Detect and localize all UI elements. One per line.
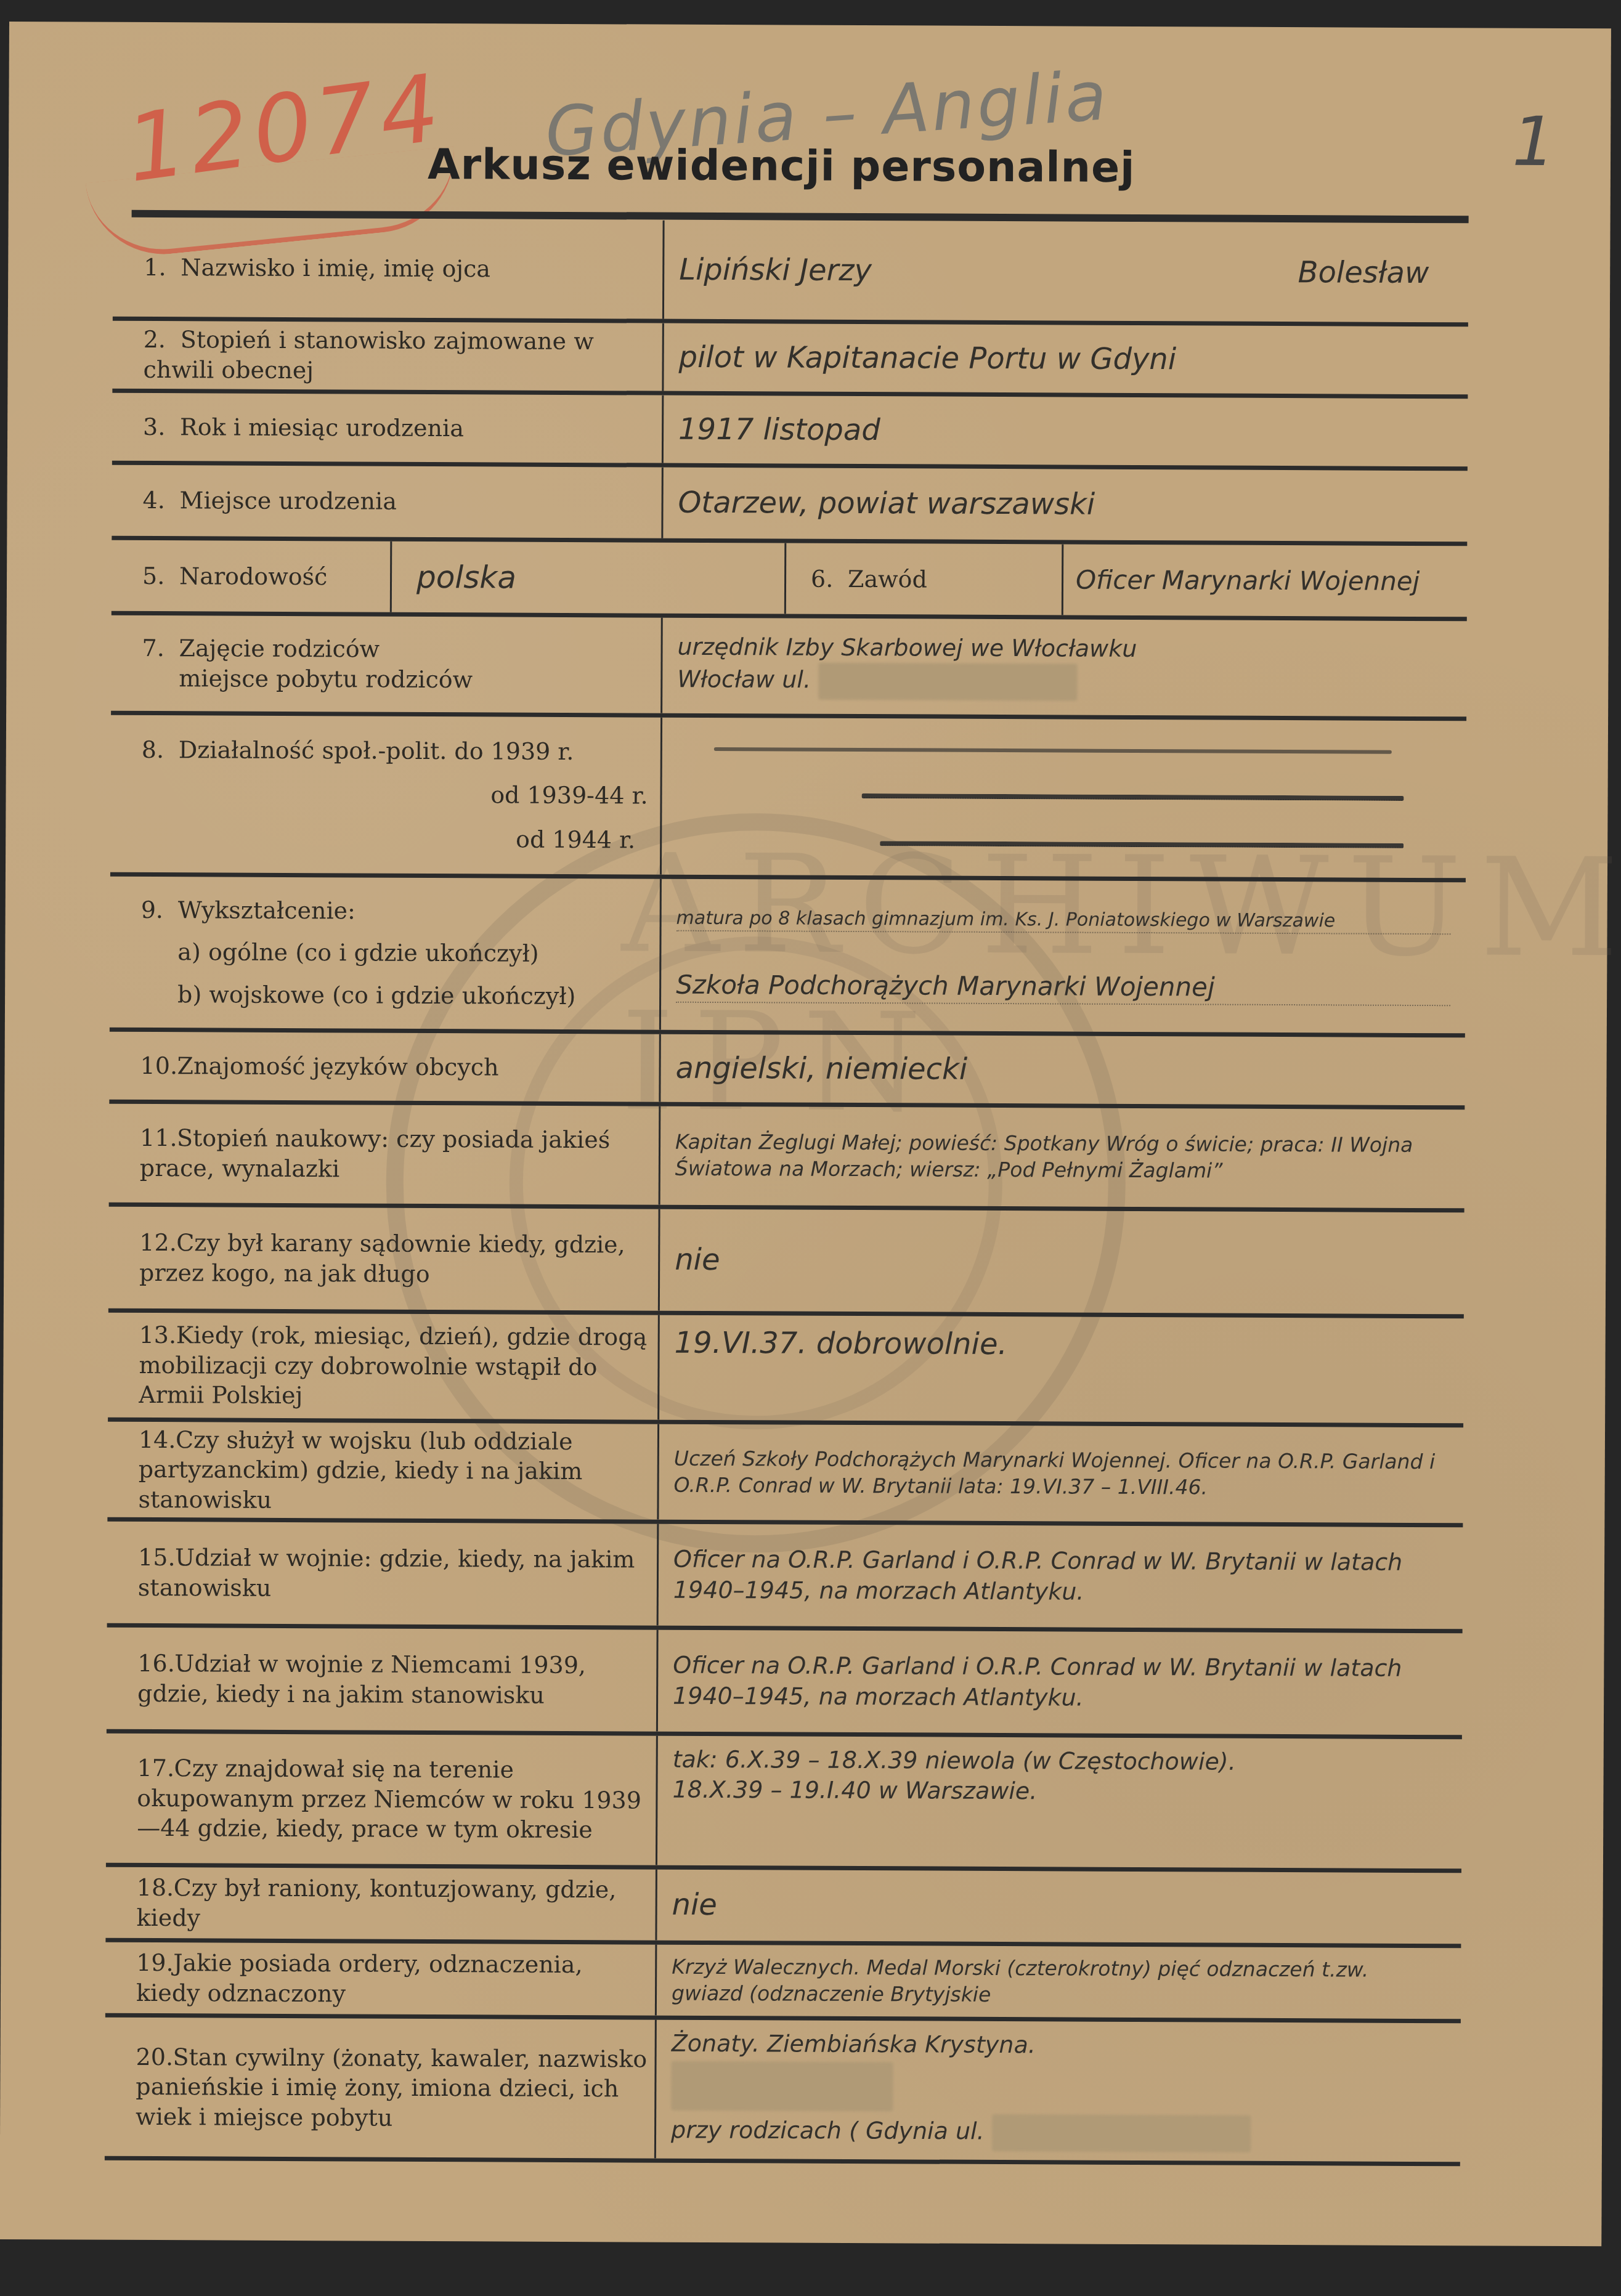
- form-row-18: 18.Czy był raniony, kontuzjowany, gdzie,…: [105, 1867, 1461, 1949]
- field-value: Oficer na O.R.P. Garland i O.R.P. Conrad…: [659, 1524, 1463, 1629]
- form-row-7: 7.Zajęcie rodziców miejsce pobytu rodzic…: [111, 615, 1467, 721]
- form-row-5-6: 5.Narodowość polska 6.Zawód Oficer Maryn…: [112, 540, 1468, 622]
- field-label: 3.Rok i miesiąc urodzenia: [112, 393, 664, 463]
- form-row-11: 11.Stopień naukowy: czy posiada jakieś p…: [109, 1104, 1465, 1213]
- field-value: matura po 8 klasach gimnazjum im. Ks. J.…: [661, 879, 1466, 1034]
- form-row-12: 12.Czy był karany sądownie kiedy, gdzie,…: [108, 1207, 1465, 1319]
- father-name: Bolesław: [1298, 253, 1429, 292]
- form-row-2: 2.Stopień i stanowisko zajmowane w chwil…: [112, 321, 1468, 399]
- document-title: Arkusz ewidencji personalnej: [428, 140, 1136, 192]
- strikethrough-line: [714, 747, 1392, 754]
- field-value: Krzyż Walecznych. Medal Morski (czterokr…: [657, 1945, 1461, 2019]
- field-value: 1917 listopad: [664, 396, 1468, 467]
- form-row-19: 19.Jakie posiada ordery, odznaczenia, ki…: [105, 1942, 1461, 2024]
- page-number: 1: [1512, 102, 1556, 181]
- surname-firstname: Lipiński Jerzy: [679, 251, 872, 290]
- field-label: 10.Znajomość języków obcych: [109, 1032, 660, 1102]
- field-label: 17.Czy znajdował się na terenie okupowan…: [106, 1734, 658, 1865]
- field-value: pilot w Kapitanacie Portu w Gdyni: [664, 323, 1468, 395]
- form-row-4: 4.Miejsce urodzenia Otarzew, powiat wars…: [112, 465, 1468, 546]
- field-value: Lipiński Jerzy Bolesław: [664, 221, 1469, 323]
- form-row-9: 9.Wykształcenie: a) ogólne (co i gdzie u…: [110, 877, 1466, 1038]
- military-education-value: Szkoła Podchorążych Marynarki Wojennej: [676, 968, 1450, 1006]
- document-sheet: 12074 Gdynia – Anglia 1 Arkusz ewidencji…: [0, 22, 1611, 2246]
- field-label: 20.Stan cywilny (żonaty, kawaler, nazwis…: [105, 2018, 657, 2159]
- field-label: 15.Udział w wojnie: gdzie, kiedy, na jak…: [107, 1522, 659, 1626]
- field-label: 16.Udział w wojnie z Niemcami 1939, gdzi…: [107, 1628, 659, 1732]
- field-label: 5.Narodowość: [112, 540, 392, 612]
- field-value: tak: 6.X.39 – 18.X.39 niewola (w Częstoc…: [657, 1736, 1462, 1869]
- field-value: angielski, niemiecki: [660, 1034, 1465, 1106]
- redacted-address: [992, 2114, 1251, 2152]
- dash-line: [880, 841, 1404, 848]
- field-label: 14.Czy służył w wojsku (lub oddziale par…: [107, 1422, 659, 1520]
- field-value: Żonaty. Ziembiańska Krystyna. przy rodzi…: [656, 2020, 1461, 2162]
- field-label: 8.Działalność społ.-polit. do 1939 r. od…: [110, 715, 662, 875]
- dash-line: [862, 794, 1404, 801]
- form-row-17: 17.Czy znajdował się na terenie okupowan…: [106, 1734, 1462, 1873]
- field-label: 2.Stopień i stanowisko zajmowane w chwil…: [112, 321, 664, 391]
- field-value: Kapitan Żeglugi Małej; powieść: Spotkany…: [660, 1106, 1465, 1209]
- field-value: nie: [657, 1870, 1461, 1944]
- field-value: Otarzew, powiat warszawski: [663, 468, 1467, 542]
- field-value: urzędnik Izby Skarbowej we Włocławku Wło…: [662, 618, 1467, 717]
- form-row-14: 14.Czy służył w wojsku (lub oddziale par…: [107, 1422, 1463, 1528]
- field-label: 13.Kiedy (rok, miesiąc, dzień), gdzie dr…: [108, 1313, 660, 1420]
- general-education-value: matura po 8 klasach gimnazjum im. Ks. J.…: [676, 906, 1451, 935]
- form-row-15: 15.Udział w wojnie: gdzie, kiedy, na jak…: [107, 1522, 1463, 1634]
- form-row-16: 16.Udział w wojnie z Niemcami 1939, gdzi…: [107, 1628, 1463, 1740]
- field-value: nie: [660, 1209, 1465, 1315]
- form-row-10: 10.Znajomość języków obcych angielski, n…: [109, 1032, 1465, 1110]
- personnel-form: 1.Nazwisko i imię, imię ojca Lipiński Je…: [105, 218, 1469, 2167]
- field-label: 11.Stopień naukowy: czy posiada jakieś p…: [109, 1104, 661, 1205]
- form-row-13: 13.Kiedy (rok, miesiąc, dzień), gdzie dr…: [108, 1313, 1464, 1428]
- field-label: 6.Zawód: [786, 543, 1063, 615]
- field-value: Oficer na O.R.P. Garland i O.R.P. Conrad…: [658, 1630, 1463, 1735]
- form-row-1: 1.Nazwisko i imię, imię ojca Lipiński Je…: [113, 218, 1469, 327]
- field-value: 19.VI.37. dobrowolnie.: [659, 1315, 1464, 1424]
- field-label: 12.Czy był karany sądownie kiedy, gdzie,…: [108, 1207, 660, 1311]
- field-label: 7.Zajęcie rodziców miejsce pobytu rodzic…: [111, 615, 663, 713]
- profession-value: Oficer Marynarki Wojennej: [1063, 544, 1467, 617]
- field-label: 19.Jakie posiada ordery, odznaczenia, ki…: [105, 1942, 657, 2016]
- field-label: 18.Czy był raniony, kontuzjowany, gdzie,…: [105, 1867, 657, 1941]
- field-label: 4.Miejsce urodzenia: [112, 465, 663, 538]
- field-value: Uczeń Szkoły Podchorążych Marynarki Woje…: [659, 1424, 1463, 1523]
- form-row-3: 3.Rok i miesiąc urodzenia 1917 listopad: [112, 393, 1468, 471]
- form-row-20: 20.Stan cywilny (żonaty, kawaler, nazwis…: [105, 2018, 1461, 2167]
- nationality-value: polska: [392, 542, 786, 614]
- form-row-8: 8.Działalność społ.-polit. do 1939 r. od…: [110, 715, 1466, 883]
- redacted-address: [818, 663, 1077, 701]
- field-label: 9.Wykształcenie: a) ogólne (co i gdzie u…: [110, 877, 662, 1030]
- field-label: 1.Nazwisko i imię, imię ojca: [113, 218, 665, 319]
- field-value: [662, 718, 1466, 878]
- redacted-children-info: [671, 2061, 893, 2112]
